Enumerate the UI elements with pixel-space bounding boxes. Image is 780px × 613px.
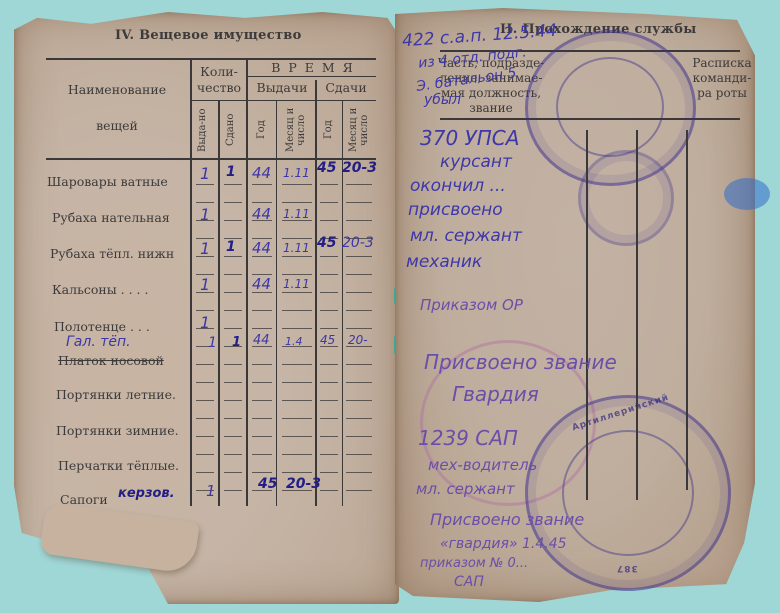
cell-rule	[252, 418, 272, 419]
cell-issue-date: 1.11	[283, 207, 310, 221]
cell-return-year: 45	[317, 235, 336, 251]
item-name-struck: Платок носовой	[58, 353, 164, 368]
cell-rule	[282, 400, 312, 401]
cell-rule	[224, 400, 242, 401]
cell-rule	[252, 310, 272, 311]
header-signature-line1: Расписка	[690, 56, 754, 71]
cell-rule	[320, 184, 338, 185]
sub-header-rule	[192, 100, 376, 101]
cell-rule	[224, 490, 242, 491]
service-col-line	[586, 130, 588, 500]
cell-rule	[320, 436, 338, 437]
hw-line: 370 УПСА	[420, 126, 519, 150]
item-name: Рубаха нательная	[52, 210, 170, 225]
cell-issue-year: 44	[252, 275, 271, 293]
cell-rule	[252, 382, 272, 383]
cell-rule	[196, 364, 214, 365]
item-name: Полотенце . . .	[54, 319, 150, 334]
item-name: Перчатки тёплые.	[58, 458, 179, 473]
cell-rule	[224, 454, 242, 455]
handwritten-item-correction: Гал. тёп.	[66, 334, 131, 350]
cell-rule	[196, 184, 214, 185]
cell-rule	[320, 256, 338, 257]
cell-rule	[252, 454, 272, 455]
cell-rule	[282, 328, 312, 329]
cell-rule	[196, 454, 214, 455]
cell-issue-year: 44	[252, 205, 271, 223]
col-divider-qty	[218, 100, 220, 506]
cell-rule	[282, 472, 312, 473]
header-quantity-line1: Коли-	[192, 64, 246, 79]
cell-rule	[196, 400, 214, 401]
hw-line: Присвоено звание	[424, 350, 617, 374]
cell-rule	[320, 202, 338, 203]
cell-rule	[282, 454, 312, 455]
header-name-line2: вещей	[52, 118, 182, 133]
cell-returned: 1	[232, 335, 241, 350]
cell-rule	[320, 364, 338, 365]
round-stamp-faint	[578, 150, 674, 246]
cell-rule	[224, 472, 242, 473]
cell-return-date: 20-	[348, 333, 368, 347]
cell-issued: 1	[200, 205, 210, 224]
cell-rule	[282, 184, 312, 185]
cell-issued: 1	[200, 275, 210, 294]
cell-rule	[252, 472, 272, 473]
cell-rule	[346, 472, 372, 473]
cell-issue-date: 1.11	[283, 166, 310, 180]
cell-rule	[320, 454, 338, 455]
cell-rule	[282, 382, 312, 383]
cell-rule	[346, 184, 372, 185]
cell-rule	[282, 418, 312, 419]
col-divider-time	[246, 58, 248, 506]
header-returned: Сдано	[225, 106, 236, 154]
header-issued: Выда-но	[197, 106, 208, 154]
header-name-line1: Наименование	[52, 82, 182, 97]
cell-return-date: 20-3	[342, 235, 374, 251]
cell-rule	[320, 274, 338, 275]
hw-line: присвоено	[408, 200, 503, 220]
cell-rule	[346, 454, 372, 455]
cell-rule	[196, 418, 214, 419]
cell-issued: 1	[200, 239, 210, 258]
handwritten-item-suffix: керзов.	[118, 486, 175, 501]
item-name: Шаровары ватные	[47, 174, 168, 189]
cell-rule	[320, 292, 338, 293]
hw-line: механик	[406, 252, 482, 272]
header-signature-line2: команди-	[690, 71, 754, 86]
cell-rule	[224, 220, 242, 221]
cell-rule	[320, 310, 338, 311]
item-name: Портянки зимние.	[56, 423, 179, 438]
cell-rule	[224, 364, 242, 365]
ink-blot	[724, 178, 770, 210]
col-divider-name	[190, 58, 192, 506]
cell-issue-year: 44	[252, 239, 271, 257]
header-return-month-day: Месяц и число	[348, 104, 372, 156]
hw-line: мл. сержант	[410, 226, 522, 246]
cell-rule	[282, 364, 312, 365]
cell-rule	[196, 202, 214, 203]
hw-line: Присвоено звание	[430, 510, 584, 529]
cell-rule	[320, 328, 338, 329]
cell-rule	[224, 292, 242, 293]
cell-rule	[224, 310, 242, 311]
section-title-clothing: IV. Вещевое имущество	[115, 28, 302, 43]
cell-rule	[282, 292, 312, 293]
cell-rule	[320, 472, 338, 473]
cell-issue-date: 1.11	[283, 277, 310, 291]
cell-issue-year: 44	[252, 164, 271, 182]
cell-rule	[252, 184, 272, 185]
item-name: Кальсоны . . . .	[52, 282, 148, 297]
col-divider-issue-return	[315, 80, 317, 506]
hw-line: мех-водитель	[428, 456, 537, 474]
cell-issued: 1	[200, 164, 210, 183]
cell-issue-year: 45	[258, 476, 277, 492]
cell-rule	[346, 256, 372, 257]
service-col-line	[636, 130, 638, 500]
cell-issue-date: 1.4	[285, 335, 303, 348]
hw-line: убыл	[424, 92, 461, 108]
hw-line: Гвардия	[452, 382, 539, 406]
cell-rule	[224, 418, 242, 419]
header-issue-month-day: Месяц и число	[285, 104, 309, 156]
cell-rule	[252, 436, 272, 437]
cell-rule	[252, 364, 272, 365]
cell-rule	[346, 364, 372, 365]
header-time-issue: Выдачи	[250, 80, 314, 95]
cell-returned: 1	[226, 164, 236, 180]
cell-rule	[224, 382, 242, 383]
cell-rule	[252, 202, 272, 203]
header-return-year: Год	[323, 106, 334, 154]
header-time: В Р Е М Я	[250, 60, 376, 75]
cell-rule	[320, 382, 338, 383]
cell-return-year: 45	[317, 160, 336, 176]
stamp-number: 387	[616, 563, 638, 573]
round-stamp-artillery: Артиллерийский 387	[525, 395, 731, 591]
header-signature-line3: ра роты	[690, 86, 754, 101]
header-time-return: Сдачи	[316, 80, 376, 95]
cell-rule	[282, 238, 312, 239]
cell-rule	[224, 328, 242, 329]
item-name: Сапоги	[60, 492, 108, 507]
cell-rule	[346, 418, 372, 419]
cell-return-date: 20-3	[342, 160, 377, 176]
time-subrule	[248, 76, 376, 77]
hw-line: мл. сержант	[416, 480, 515, 498]
cell-rule	[224, 184, 242, 185]
header-quantity-line2: чество	[192, 80, 246, 95]
cell-rule	[224, 436, 242, 437]
hw-line: Приказом ОР	[420, 296, 523, 314]
cell-rule	[282, 256, 312, 257]
cell-issue-date: 1.11	[283, 241, 310, 255]
cell-rule	[196, 310, 214, 311]
cell-rule	[346, 292, 372, 293]
item-name: Рубаха тёпл. нижн	[50, 246, 174, 261]
hw-line: окончил ...	[410, 176, 506, 196]
cell-rule	[346, 490, 372, 491]
hw-line: курсант	[440, 152, 512, 172]
header-signature-col: Расписка команди- ра роты	[690, 56, 754, 101]
cell-rule	[282, 436, 312, 437]
cell-rule	[346, 220, 372, 221]
cell-rule	[346, 382, 372, 383]
cell-issued: 1	[200, 313, 210, 332]
cell-rule	[282, 274, 312, 275]
cell-issued: 1	[208, 335, 217, 351]
cell-rule	[320, 400, 338, 401]
cell-rule	[346, 310, 372, 311]
cell-rule	[196, 436, 214, 437]
cell-issue-year: 44	[253, 333, 270, 348]
hw-line: приказом № 0...	[420, 556, 528, 571]
cell-rule	[346, 274, 372, 275]
cell-rule	[320, 220, 338, 221]
cell-rule	[346, 436, 372, 437]
col-divider-year1	[276, 100, 277, 506]
cell-rule	[282, 202, 312, 203]
cell-rule	[196, 472, 214, 473]
cell-return-year: 45	[320, 333, 335, 347]
cell-rule	[224, 274, 242, 275]
cell-rule	[346, 202, 372, 203]
cell-rule	[282, 310, 312, 311]
cell-rule	[196, 382, 214, 383]
cell-rule	[252, 328, 272, 329]
hw-line: 1239 САП	[418, 426, 518, 450]
cell-rule	[346, 328, 372, 329]
cell-issue-date: 20-3	[286, 476, 321, 492]
cell-rule	[224, 202, 242, 203]
service-col-line	[686, 130, 688, 490]
cell-rule	[252, 400, 272, 401]
hw-line: САП	[454, 574, 484, 590]
header-issue-year: Год	[256, 106, 267, 154]
cell-rule	[224, 256, 242, 257]
cell-returned: 1	[226, 239, 236, 255]
cell-rule	[320, 490, 338, 491]
cell-rule	[346, 400, 372, 401]
item-name: Портянки летние.	[56, 387, 176, 402]
hw-line: «гвардия» 1.4.45	[440, 536, 567, 552]
cell-issued: 1	[206, 482, 216, 500]
cell-rule	[320, 418, 338, 419]
